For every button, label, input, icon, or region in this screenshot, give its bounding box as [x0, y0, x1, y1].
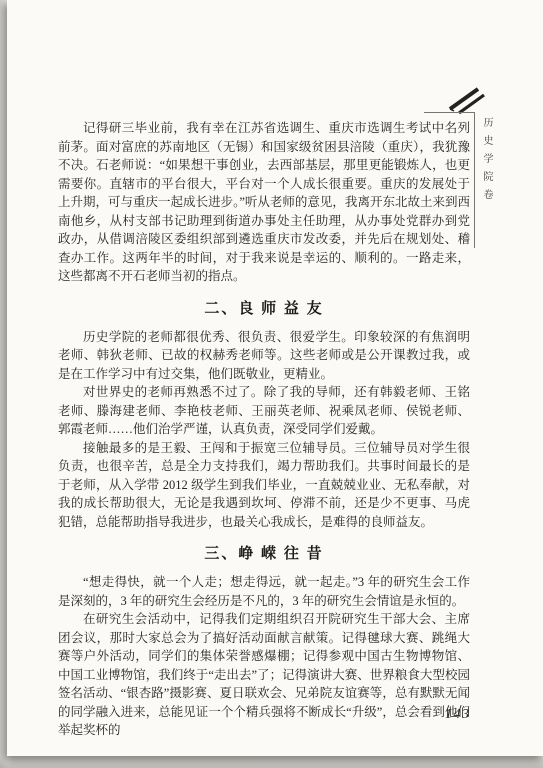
edge-rule-horizontal: [424, 112, 475, 113]
body-paragraph: 对世界史的老师再熟悉不过了。除了我的导师，还有韩毅老师、王铭老师、滕海建老师、李…: [58, 383, 470, 439]
body-paragraph: 历史学院的老师都很优秀、很负责、很爱学生。印象较深的有焦润明老师、韩狄老师、已故…: [58, 328, 470, 384]
body-paragraph: 接触最多的是王毅、王闯和于振宽三位辅导员。三位辅导员对学生很负责，也很辛苦，总是…: [58, 439, 470, 532]
section-heading: 二、良 师 益 友: [58, 299, 470, 319]
page-number: 143: [445, 707, 471, 723]
volume-edge-label: 历史学院卷: [479, 117, 494, 207]
book-page: 历史学院卷 记得研三毕业前，我有幸在江苏省选调生、重庆市选调生考试中名列前茅。面…: [7, 0, 543, 756]
article-body: 记得研三毕业前，我有幸在江苏省选调生、重庆市选调生考试中名列前茅。面对富庶的苏南…: [58, 119, 470, 740]
body-paragraph: 在研究生会活动中，记得我们定期组织召开院研究生干部大会、主席团会议，那时大家总会…: [58, 610, 470, 740]
pencil-icon: [447, 84, 489, 114]
body-paragraph: 记得研三毕业前，我有幸在江苏省选调生、重庆市选调生考试中名列前茅。面对富庶的苏南…: [58, 119, 470, 286]
edge-rule-vertical: [474, 112, 475, 248]
page-bottom-shadow: [0, 756, 543, 768]
screenshot-root: 历史学院卷 记得研三毕业前，我有幸在江苏省选调生、重庆市选调生考试中名列前茅。面…: [0, 0, 543, 768]
section-heading: 三、峥 嵘 往 昔: [58, 544, 470, 564]
body-paragraph: “想走得快，就一个人走；想走得远，就一起走。”3 年的研究生会工作是深刻的，3 …: [58, 573, 470, 610]
